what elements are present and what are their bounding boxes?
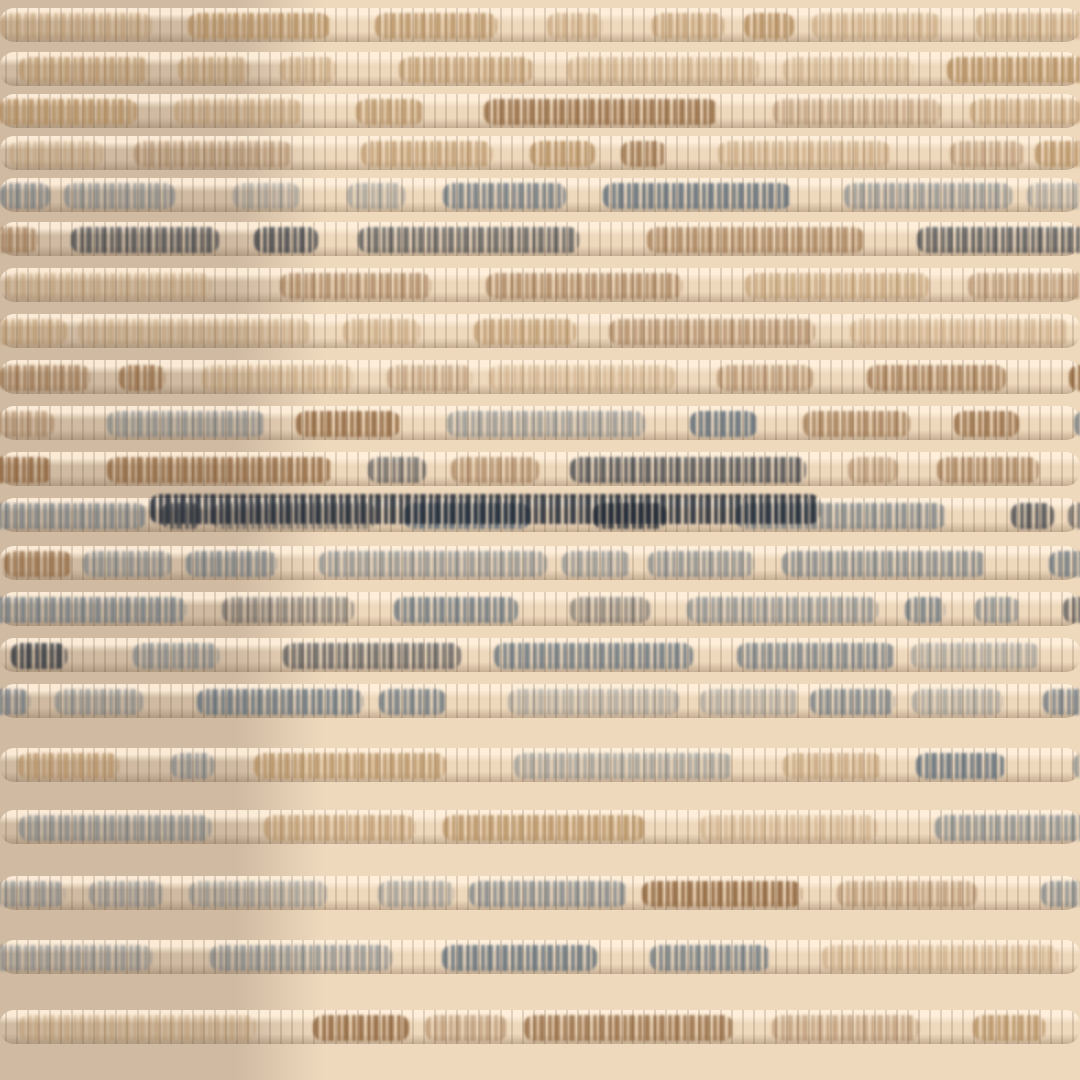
yarn-patch — [0, 319, 67, 345]
navy-yarn-bar — [150, 494, 820, 524]
yarn-patch — [254, 227, 318, 253]
yarn-patch — [319, 551, 548, 577]
yarn-patch — [202, 365, 353, 391]
yarn-patch — [494, 643, 692, 669]
yarn-patch — [621, 141, 666, 167]
yarn-patch — [313, 1015, 409, 1041]
yarn-patch — [1035, 141, 1080, 167]
yarn-patch — [547, 13, 602, 39]
yarn-patch — [486, 273, 682, 299]
yarn-patch — [0, 689, 30, 715]
yarn-patch — [1027, 183, 1080, 209]
yarn-patch — [0, 503, 146, 529]
yarn-patch — [264, 815, 416, 841]
yarn-patch — [647, 227, 864, 253]
yarn-patch — [0, 597, 186, 623]
yarn-patch — [782, 551, 985, 577]
yarn-patch — [107, 457, 332, 483]
yarn-patch — [343, 319, 420, 345]
yarn-patch — [19, 815, 211, 841]
yarn-patch — [64, 183, 175, 209]
yarn-patch — [844, 183, 1012, 209]
yarn-patch — [178, 57, 249, 83]
yarn-patch — [347, 183, 404, 209]
yarn-patch — [745, 273, 929, 299]
yarn-patch — [687, 597, 878, 623]
yarn-patch — [783, 753, 882, 779]
yarn-patch — [567, 57, 759, 83]
yarn-patch — [0, 227, 38, 253]
yarn-patch — [71, 227, 219, 253]
yarn-patch — [609, 319, 815, 345]
yarn-patch — [484, 99, 718, 125]
yarn-patch — [447, 411, 645, 437]
yarn-patch — [0, 411, 54, 437]
yarn-patch — [973, 1015, 1045, 1041]
yarn-patch — [652, 13, 724, 39]
yarn-patch — [189, 881, 327, 907]
yarn-patch — [954, 411, 1019, 437]
yarn-patch — [642, 881, 803, 907]
yarn-patch — [717, 365, 813, 391]
yarn-patch — [368, 457, 425, 483]
yarn-patch — [55, 689, 143, 715]
yarn-patch — [254, 753, 446, 779]
yarn-patch — [387, 365, 472, 391]
yarn-patch — [356, 99, 422, 125]
yarn-patch — [443, 815, 645, 841]
yarn-patch — [378, 881, 453, 907]
yarn-patch — [474, 319, 575, 345]
yarn-patch — [690, 411, 756, 437]
yarn-patch — [530, 141, 595, 167]
yarn-patch — [700, 815, 877, 841]
yarn-patch — [648, 551, 754, 577]
yarn-patch — [399, 57, 533, 83]
yarn-patch — [174, 99, 302, 125]
yarn-patch — [1043, 689, 1080, 715]
yarn-patch — [0, 99, 137, 125]
yarn-patch — [916, 753, 1006, 779]
yarn-patch — [0, 13, 152, 39]
yarn-patch — [425, 1015, 507, 1041]
yarn-patch — [11, 643, 68, 669]
yarn-patch — [210, 945, 393, 971]
yarn-patch — [803, 411, 910, 437]
yarn-patch — [78, 319, 310, 345]
yarn-patch — [0, 365, 90, 391]
yarn-patch — [83, 551, 172, 577]
yarn-patch — [508, 689, 679, 715]
yarn-patch — [524, 1015, 733, 1041]
yarn-patch — [975, 597, 1021, 623]
yarn-patch — [937, 457, 1039, 483]
yarn-patch — [89, 881, 162, 907]
yarn-patch — [133, 643, 219, 669]
yarn-patch — [0, 457, 52, 483]
yarn-patch — [171, 753, 214, 779]
yarn-patch — [394, 597, 518, 623]
yarn-patch — [837, 881, 977, 907]
yarn-patch — [783, 57, 913, 83]
yarn-patch — [9, 141, 102, 167]
yarn-patch — [222, 597, 354, 623]
yarn-patch — [5, 273, 211, 299]
yarn-patch — [562, 551, 631, 577]
yarn-patch — [970, 99, 1080, 125]
yarn-patch — [1041, 881, 1080, 907]
yarn-patch — [744, 13, 794, 39]
yarn-patch — [700, 689, 799, 715]
yarn-patch — [296, 411, 400, 437]
yarn-patch — [848, 457, 899, 483]
yarn-patch — [107, 411, 265, 437]
yarn-patch — [1069, 365, 1080, 391]
yarn-patch — [1049, 551, 1080, 577]
yarn-patch — [188, 13, 329, 39]
yarn-patch — [0, 945, 152, 971]
yarn-patch — [810, 689, 895, 715]
yarn-patch — [469, 881, 627, 907]
yarn-patch — [773, 99, 941, 125]
yarn-patch — [570, 457, 805, 483]
yarn-patch — [850, 319, 1069, 345]
yarn-patch — [119, 365, 165, 391]
yarn-patch — [718, 141, 890, 167]
yarn-patch — [968, 273, 1080, 299]
yarn-patch — [442, 945, 597, 971]
yarn-patch — [822, 945, 1058, 971]
yarn-patch — [1068, 503, 1080, 529]
yarn-patch — [976, 13, 1080, 39]
yarn-patch — [19, 57, 148, 83]
yarn-patch — [514, 753, 733, 779]
yarn-patch — [912, 689, 1003, 715]
yarn-patch — [280, 273, 431, 299]
yarn-patch — [134, 141, 291, 167]
yarn-patch — [812, 13, 941, 39]
yarn-patch — [0, 183, 50, 209]
yarn-patch — [950, 141, 1024, 167]
yarn-patch — [772, 1015, 919, 1041]
yarn-patch — [603, 183, 791, 209]
yarn-patch — [1063, 597, 1080, 623]
yarn-patch — [570, 597, 650, 623]
yarn-patch — [489, 365, 675, 391]
yarn-patch — [905, 597, 945, 623]
yarn-patch — [283, 643, 461, 669]
yarn-patch — [186, 551, 277, 577]
yarn-patch — [443, 183, 566, 209]
yarn-patch — [947, 57, 1080, 83]
yarn-patch — [19, 1015, 256, 1041]
yarn-patch — [358, 227, 579, 253]
yarn-patch — [18, 753, 119, 779]
yarn-patch — [0, 881, 65, 907]
yarn-patch — [361, 141, 492, 167]
yarn-patch — [280, 57, 336, 83]
rug-texture-photo — [0, 0, 1080, 1080]
yarn-patch — [375, 13, 497, 39]
yarn-patch — [4, 551, 73, 577]
yarn-patch — [917, 227, 1080, 253]
yarn-patch — [935, 815, 1080, 841]
rug-row — [0, 52, 1080, 86]
yarn-patch — [233, 183, 300, 209]
yarn-patch — [911, 643, 1040, 669]
yarn-patch — [867, 365, 1005, 391]
yarn-patch — [737, 643, 895, 669]
yarn-patch — [1011, 503, 1055, 529]
yarn-patch — [451, 457, 540, 483]
yarn-patch — [379, 689, 446, 715]
yarn-patch — [197, 689, 364, 715]
yarn-patch — [650, 945, 769, 971]
